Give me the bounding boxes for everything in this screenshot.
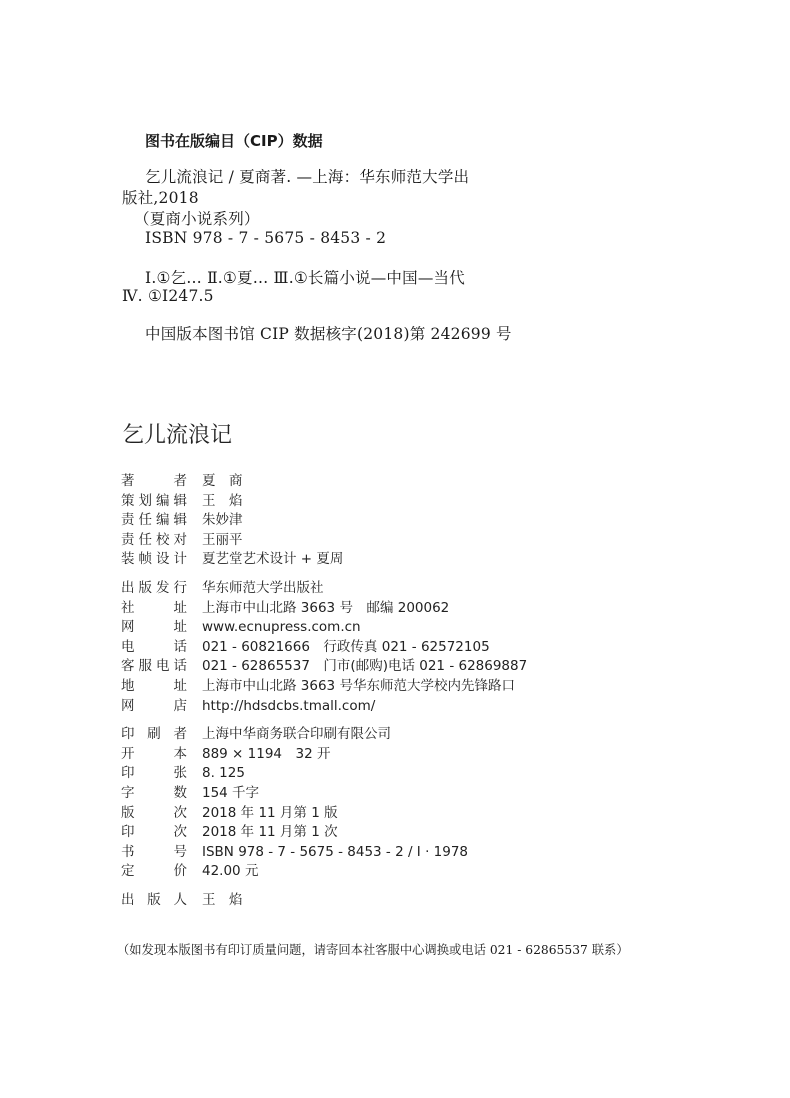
credit-value: 上海市中山北路 3663 号 邮编 200062 xyxy=(202,599,449,619)
credit-row-design: 装帧设计 夏艺堂艺术设计 + 夏周 xyxy=(121,550,527,570)
credits-block: 著者 夏 商 策划编辑 王 焰 责任编辑 朱妙津 责任校对 王丽平 装帧设计 夏… xyxy=(121,472,527,910)
credit-row-impression: 印次 2018 年 11 月第 1 次 xyxy=(121,823,527,843)
credit-row-format: 开本 889 × 1194 32 开 xyxy=(121,745,527,765)
credit-row-word-count: 字数 154 千字 xyxy=(121,784,527,804)
credit-label: 印刷者 xyxy=(121,725,187,745)
credit-label: 责任校对 xyxy=(121,531,187,551)
credit-label: 网址 xyxy=(121,618,187,638)
credit-label: 社址 xyxy=(121,599,187,619)
quality-notice: （如发现本版图书有印订质量问题，请寄回本社客服中心调换或电话 021 - 628… xyxy=(117,940,629,958)
credit-value: 154 千字 xyxy=(202,784,259,804)
credit-label: 装帧设计 xyxy=(121,550,187,570)
spacer xyxy=(121,882,527,891)
credit-label: 策划编辑 xyxy=(121,492,187,512)
credit-label: 开本 xyxy=(121,745,187,765)
cip-heading: 图书在版编目（CIP）数据 xyxy=(145,130,323,151)
credit-value: 夏艺堂艺术设计 + 夏周 xyxy=(202,550,343,570)
credit-value: 2018 年 11 月第 1 次 xyxy=(202,823,338,843)
cip-isbn: ISBN 978 - 7 - 5675 - 8453 - 2 xyxy=(145,229,386,247)
credits-group-publisher: 出版发行 华东师范大学出版社 社址 上海市中山北路 3663 号 邮编 2000… xyxy=(121,579,527,716)
credit-value: 021 - 62865537 门市(邮购)电话 021 - 62869887 xyxy=(202,657,527,677)
book-title: 乞儿流浪记 xyxy=(122,418,232,449)
credit-row-publisher-person: 出版人 王 焰 xyxy=(121,891,527,911)
credit-value: 2018 年 11 月第 1 版 xyxy=(202,804,338,824)
credit-label: 地址 xyxy=(121,677,187,697)
credit-row-price: 定价 42.00 元 xyxy=(121,862,527,882)
credit-label: 出版人 xyxy=(121,891,187,911)
cip-line-1: 乞儿流浪记 / 夏商著. —上海：华东师范大学出 xyxy=(145,165,469,187)
credit-label: 字数 xyxy=(121,784,187,804)
cip-series: （夏商小说系列） xyxy=(134,207,260,229)
credit-row-customer-service: 客服电话 021 - 62865537 门市(邮购)电话 021 - 62869… xyxy=(121,657,527,677)
credits-group-publisher-person: 出版人 王 焰 xyxy=(121,891,527,911)
credit-row-planning-editor: 策划编辑 王 焰 xyxy=(121,492,527,512)
credit-row-responsible-editor: 责任编辑 朱妙津 xyxy=(121,511,527,531)
credit-value: 021 - 60821666 行政传真 021 - 62572105 xyxy=(202,638,490,658)
credit-value: 夏 商 xyxy=(202,472,243,492)
credit-value: 王 焰 xyxy=(202,492,243,512)
credit-row-publisher: 出版发行 华东师范大学出版社 xyxy=(121,579,527,599)
credit-row-location: 地址 上海市中山北路 3663 号华东师范大学校内先锋路口 xyxy=(121,677,527,697)
website-link[interactable]: www.ecnupress.com.cn xyxy=(202,618,361,638)
credit-label: 电话 xyxy=(121,638,187,658)
cip-line-2: 版社,2018 xyxy=(122,186,199,208)
credit-label: 书号 xyxy=(121,843,187,863)
credit-label: 出版发行 xyxy=(121,579,187,599)
credit-row-sheets: 印张 8. 125 xyxy=(121,764,527,784)
credit-value: 42.00 元 xyxy=(202,862,258,882)
credit-row-address: 社址 上海市中山北路 3663 号 邮编 200062 xyxy=(121,599,527,619)
credit-value: 上海市中山北路 3663 号华东师范大学校内先锋路口 xyxy=(202,677,515,697)
credit-label: 印张 xyxy=(121,764,187,784)
credit-row-author: 著者 夏 商 xyxy=(121,472,527,492)
spacer xyxy=(121,716,527,725)
online-store-link[interactable]: http://hdsdcbs.tmall.com/ xyxy=(202,697,375,717)
cip-classification: Ⅳ. ①I247.5 xyxy=(122,287,214,305)
credit-label: 版次 xyxy=(121,804,187,824)
credit-row-phone: 电话 021 - 60821666 行政传真 021 - 62572105 xyxy=(121,638,527,658)
credit-label: 定价 xyxy=(121,862,187,882)
credit-label: 责任编辑 xyxy=(121,511,187,531)
credit-row-website: 网址 www.ecnupress.com.cn xyxy=(121,618,527,638)
credit-value: 8. 125 xyxy=(202,764,245,784)
credit-value: 上海中华商务联合印刷有限公司 xyxy=(202,725,391,745)
cip-record-number: 中国版本图书馆 CIP 数据核字(2018)第 242699 号 xyxy=(145,322,512,344)
credit-value: ISBN 978 - 7 - 5675 - 8453 - 2 / I · 197… xyxy=(202,843,468,863)
credit-label: 网店 xyxy=(121,697,187,717)
spacer xyxy=(121,570,527,579)
credit-value: 华东师范大学出版社 xyxy=(202,579,324,599)
credit-row-edition: 版次 2018 年 11 月第 1 版 xyxy=(121,804,527,824)
credit-label: 著者 xyxy=(121,472,187,492)
credit-row-proofreader: 责任校对 王丽平 xyxy=(121,531,527,551)
credit-value: 朱妙津 xyxy=(202,511,243,531)
cip-subjects: Ⅰ.①乞… Ⅱ.①夏… Ⅲ.①长篇小说—中国—当代 xyxy=(145,266,465,288)
credit-row-isbn: 书号 ISBN 978 - 7 - 5675 - 8453 - 2 / I · … xyxy=(121,843,527,863)
credit-label: 客服电话 xyxy=(121,657,187,677)
credit-value: 889 × 1194 32 开 xyxy=(202,745,331,765)
credits-group-contributors: 著者 夏 商 策划编辑 王 焰 责任编辑 朱妙津 责任校对 王丽平 装帧设计 夏… xyxy=(121,472,527,570)
credit-row-online-store: 网店 http://hdsdcbs.tmall.com/ xyxy=(121,697,527,717)
credit-value: 王丽平 xyxy=(202,531,243,551)
credit-label: 印次 xyxy=(121,823,187,843)
credits-group-printing: 印刷者 上海中华商务联合印刷有限公司 开本 889 × 1194 32 开 印张… xyxy=(121,725,527,882)
credit-row-printer: 印刷者 上海中华商务联合印刷有限公司 xyxy=(121,725,527,745)
credit-value: 王 焰 xyxy=(202,891,243,911)
